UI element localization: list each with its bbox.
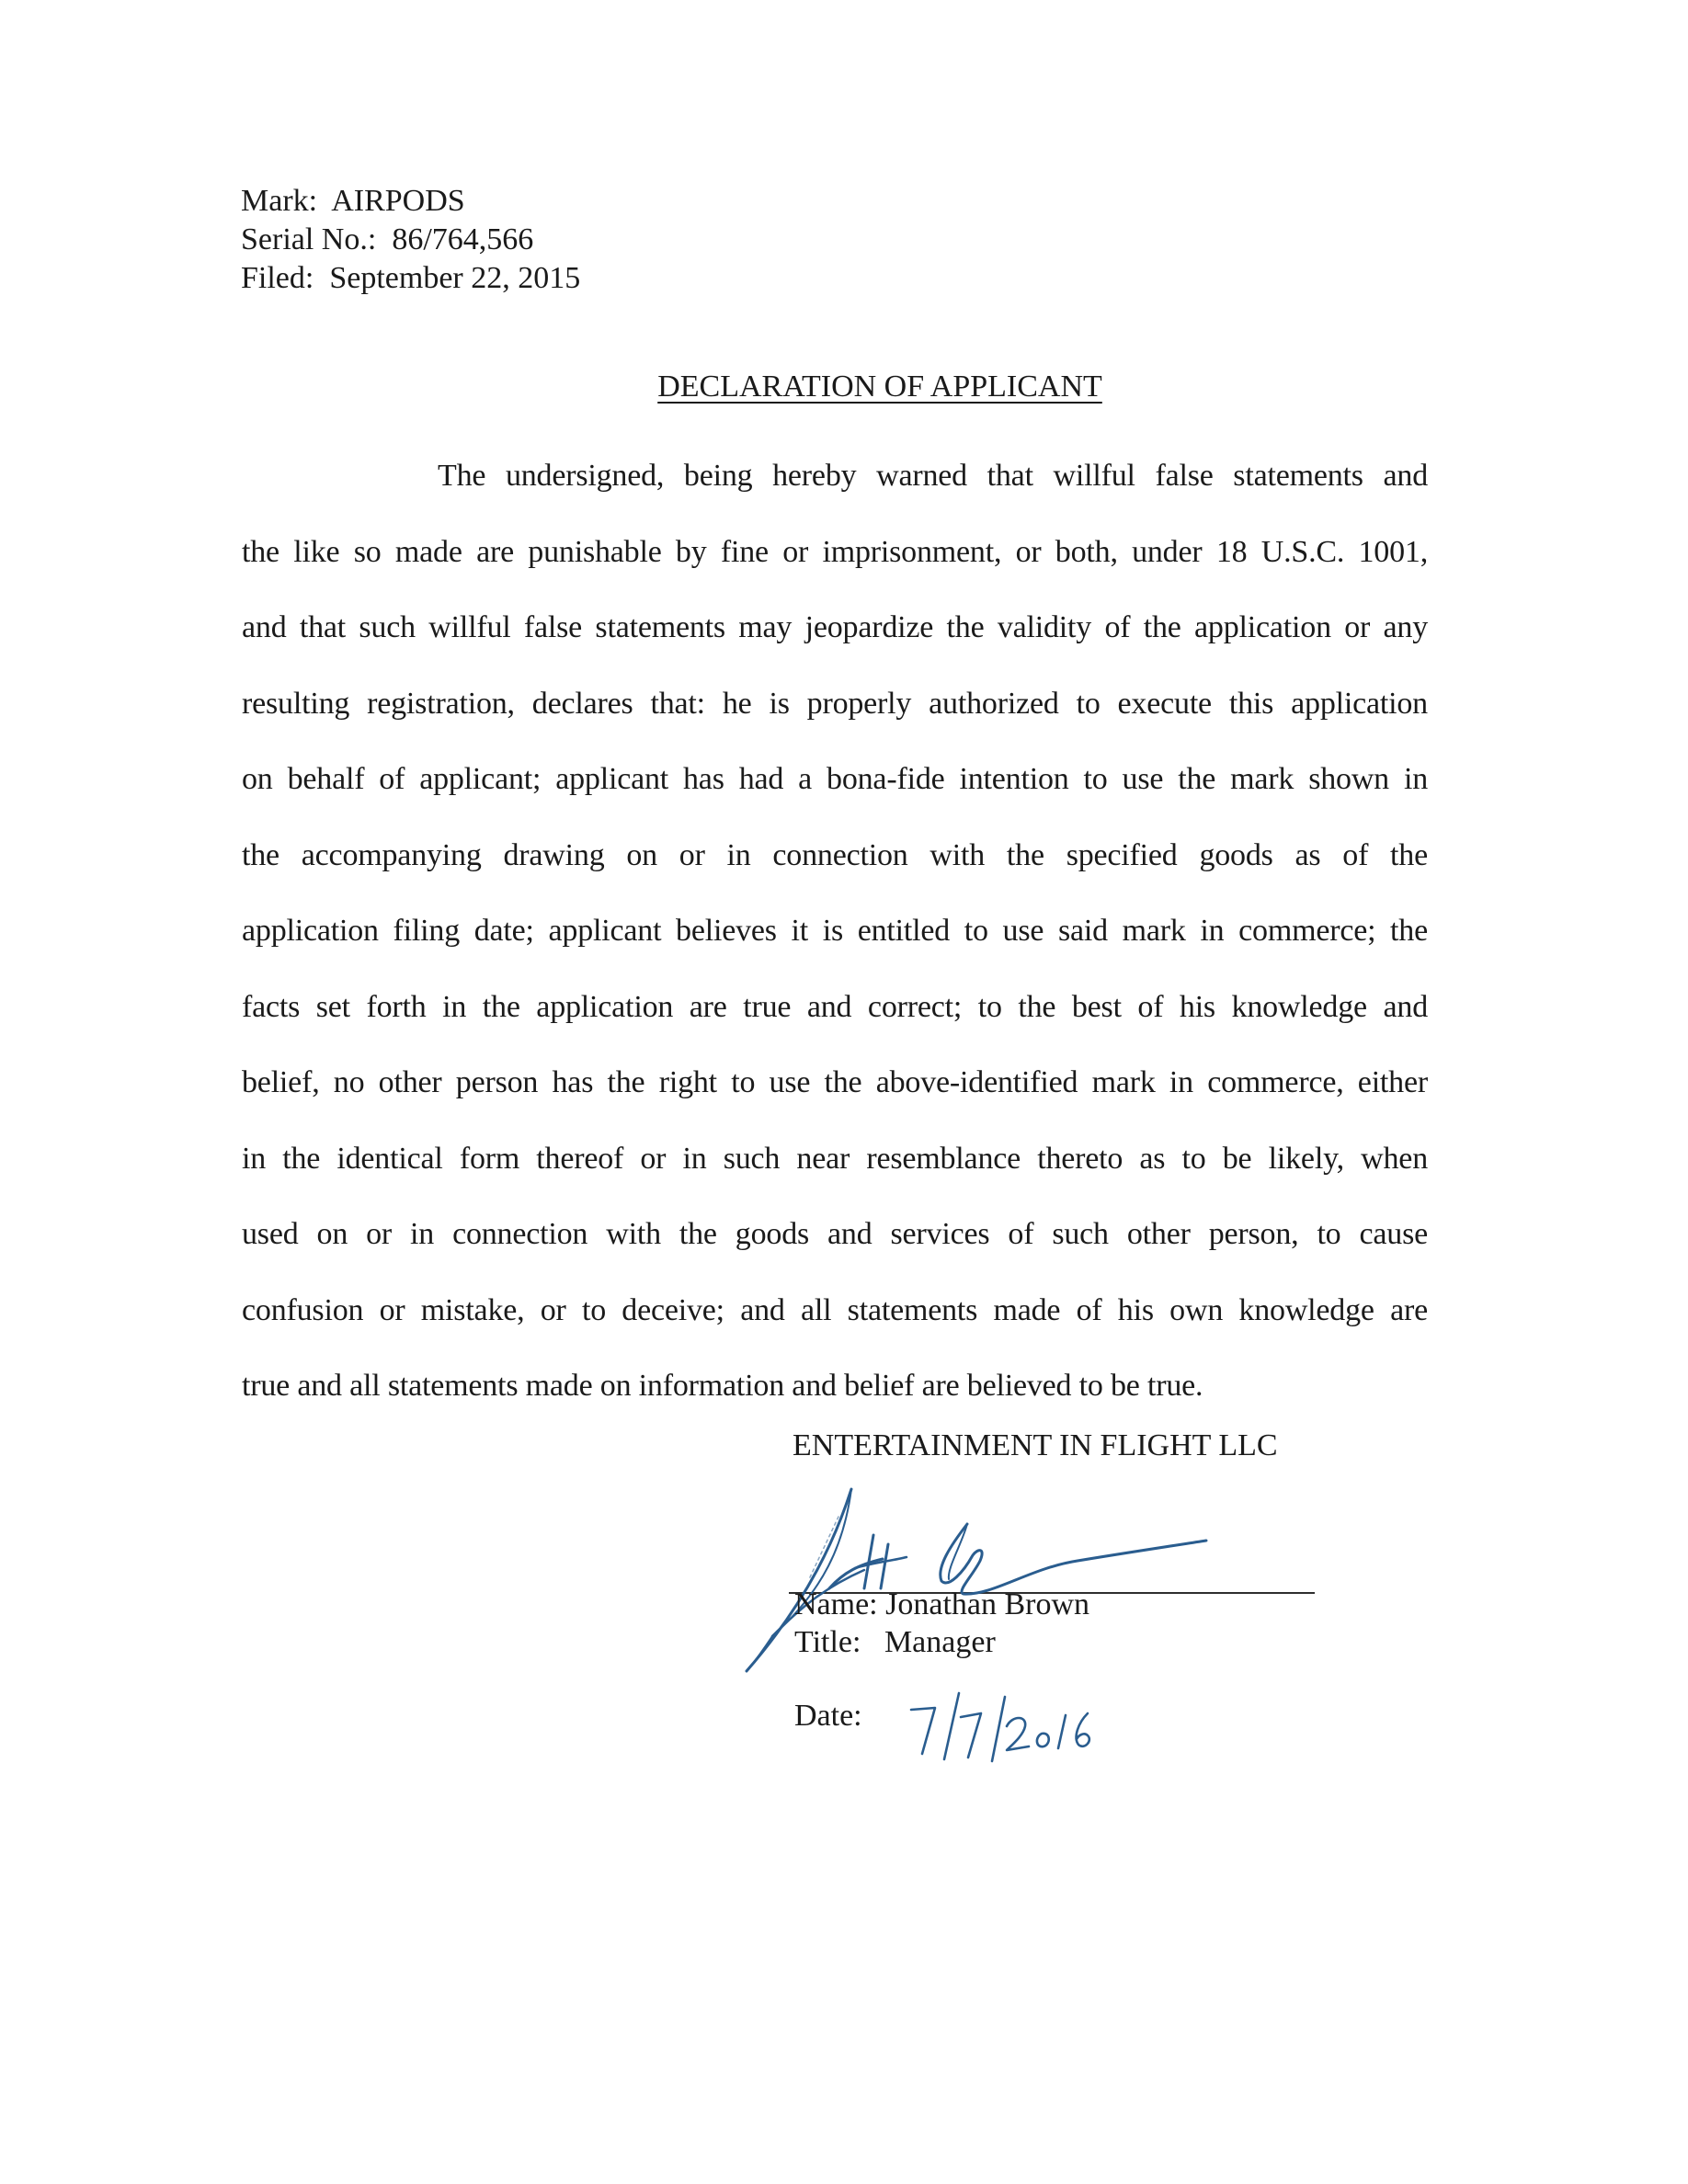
body-line: belief, no other person has the right to…: [242, 1045, 1428, 1121]
filed-value: September 22, 2015: [329, 261, 580, 295]
company-name: ENTERTAINMENT IN FLIGHT LLC: [793, 1427, 1278, 1465]
body-line: the like so made are punishable by fine …: [242, 515, 1428, 591]
mark-value: AIRPODS: [331, 184, 464, 218]
serial-value: 86/764,566: [392, 222, 533, 256]
declaration-body: The undersigned, being hereby warned tha…: [242, 438, 1428, 1425]
body-line: used on or in connection with the goods …: [242, 1197, 1428, 1273]
body-line: facts set forth in the application are t…: [242, 970, 1428, 1046]
serial-label: Serial No.:: [241, 222, 376, 256]
title-value: Manager: [884, 1625, 996, 1659]
body-line: true and all statements made on informat…: [242, 1348, 1428, 1425]
document-page: Mark: AIRPODS Serial No.: 86/764,566 Fil…: [0, 0, 1688, 2184]
handwritten-date-icon: [904, 1689, 1134, 1763]
body-line: on behalf of applicant; applicant has ha…: [242, 742, 1428, 818]
signer-title: Title: Manager: [794, 1624, 996, 1661]
signer-name: Name: Jonathan Brown: [794, 1587, 1089, 1623]
mark-label: Mark:: [241, 184, 317, 218]
filed-line: Filed: September 22, 2015: [241, 259, 580, 298]
filed-label: Filed:: [241, 261, 314, 295]
body-line: The undersigned, being hereby warned tha…: [242, 438, 1428, 515]
document-title: DECLARATION OF APPLICANT: [0, 368, 1688, 406]
name-value: Jonathan Brown: [885, 1587, 1089, 1621]
serial-line: Serial No.: 86/764,566: [241, 221, 580, 259]
body-line: confusion or mistake, or to deceive; and…: [242, 1273, 1428, 1349]
body-line: the accompanying drawing on or in connec…: [242, 818, 1428, 894]
date-label: Date:: [794, 1698, 862, 1735]
body-line: in the identical form thereof or in such…: [242, 1121, 1428, 1198]
name-label: Name:: [794, 1587, 878, 1621]
body-line: application filing date; applicant belie…: [242, 893, 1428, 970]
body-line: resulting registration, declares that: h…: [242, 666, 1428, 743]
application-header: Mark: AIRPODS Serial No.: 86/764,566 Fil…: [241, 182, 580, 298]
document-title-text: DECLARATION OF APPLICANT: [657, 370, 1102, 404]
body-line: and that such willful false statements m…: [242, 590, 1428, 666]
title-label: Title:: [794, 1625, 861, 1659]
mark-line: Mark: AIRPODS: [241, 182, 580, 221]
